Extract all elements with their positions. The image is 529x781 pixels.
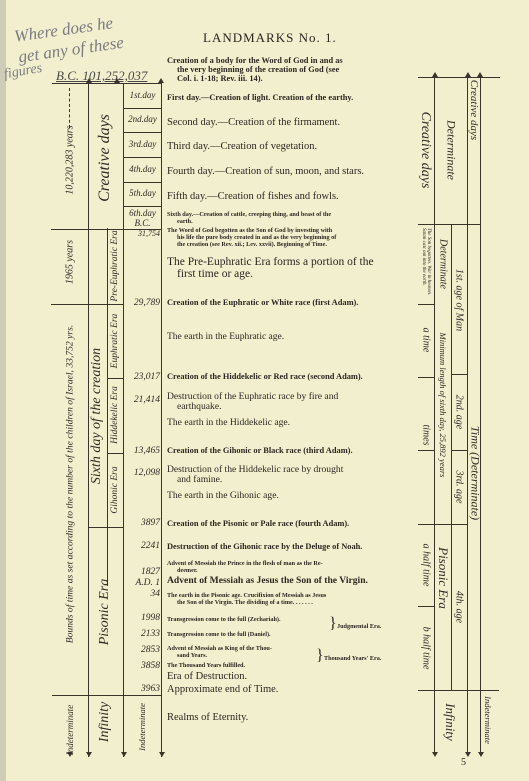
date-value: 2241 [124,541,160,551]
entry-line: Col. i. 1-18; Rev. iii. 14). [167,74,417,83]
determinate-top-label: Determinate [444,120,459,180]
arrow-down-icon [478,752,484,757]
right-rule [451,374,468,375]
date-value: 3963 [124,684,160,694]
date-value: 31,754 [124,229,160,238]
arrow-up-icon [465,72,471,77]
right-rule [418,224,481,225]
age-1-label: 1st. age of Man [454,269,465,331]
entry-line: Creation of a body for the Word of God i… [167,56,417,65]
date-value: 2853 [124,645,160,655]
chart-top-rule [52,83,162,84]
outer-indeterminate-label: Indeterminate [65,705,75,755]
brace-icon: } [316,648,324,664]
date-value: 1827 [124,567,160,577]
entry-destruction-euphratic: Destruction of the Euphratic race by fir… [167,392,338,412]
entry-zechariah: Transgression come to the full (Zecharia… [167,616,281,623]
day-box-rule [123,206,161,207]
right-indeterminate-label: Indeterminate [483,696,493,744]
entry-line: the Son of the Virgin. The dividing of a… [167,599,326,606]
right-chart-top-rule [418,77,500,78]
right-rule [451,450,468,451]
entry-line: sand Years. [167,652,272,659]
dashed-span [69,88,70,128]
page-edge-shadow [0,0,6,781]
day-box-rule [123,132,161,133]
pre-euphratic-end-rule [51,304,89,305]
pre-euphratic-era-label: Pre-Euphratic Era [110,230,120,301]
right-infinity-label: Infinity [442,703,458,741]
arrow-up-icon [158,78,164,83]
entry-day-4: Fourth day.—Creation of sun, moon, and s… [167,167,364,177]
era-rule [88,304,124,305]
entry-pre-euphratic: The Pre-Euphratic Era forms a portion of… [167,256,374,280]
right-creative-days-outer-label: Creative days [468,80,480,140]
b-half-time-label: b half time [421,627,432,670]
entry-gihonic-age: The earth in the Gihonic age. [167,491,279,501]
a-time-label: a time [421,328,432,353]
era-column-divider [107,228,108,586]
entry-line: The Pre-Euphratic Era forms a portion of… [167,256,374,268]
entry-hiddekelic-age: The earth in the Hiddekelic age. [167,418,290,428]
pisonic-era-label: Pisonic Era [97,579,113,646]
right-rule [418,606,435,607]
end-of-time-rule [52,695,162,696]
entry-king: Advent of Messiah as King of the Thou- s… [167,645,272,659]
judgmental-era-label: Judgmental Era. [337,623,381,630]
bounds-of-time-label: Bounds of time as set according to the n… [65,325,76,644]
a-half-time-label: a half time [421,544,432,587]
entry-day-5: Fifth day.—Creation of fishes and fowls. [167,192,339,202]
right-col-divider [467,78,468,754]
right-rule [418,524,468,525]
entry-line: Sixth day.—Creation of cattle, creeping … [167,211,417,218]
date-value: 1998 [124,613,160,623]
date-indeterminate-label: Indeterminate [137,703,147,751]
entry-word-body: Creation of a body for the Word of God i… [167,56,417,83]
arrow-up-icon [432,72,438,77]
page-title: LANDMARKS No. 1. [203,30,337,46]
entry-day-1: First day.—Creation of light. Creation o… [167,93,353,102]
entry-day-2: Second day.—Creation of the firmament. [167,118,340,128]
date-value: 23,017 [124,372,160,382]
creative-span-label: 10,220,283 years [65,125,76,194]
entry-jesus: Advent of Messiah as Jesus the Son of th… [167,576,368,586]
ad-label: A.D. 1 [124,578,160,588]
entry-day-6: Sixth day.—Creation of cattle, creeping … [167,211,417,225]
entry-day-3: Third day.—Creation of vegetation. [167,142,317,152]
gihonic-era-label: Gihonic Era [110,466,120,513]
arrow-down-icon [159,752,165,757]
day-label: 3rd.day [124,139,161,149]
right-col-divider [434,78,435,754]
date-value: 29,789 [124,298,160,308]
entry-line: the creation (see Rev. xii.; Lev. xxvii)… [167,241,417,248]
era-rule [107,378,124,379]
entry-line: earth. [167,218,417,225]
era-rule [107,453,124,454]
right-rule [418,304,435,305]
entry-red-race: Creation of the Hiddekelic or Red race (… [167,372,363,381]
right-creative-days-label: Creative days [417,112,433,189]
arrow-down-icon [86,752,92,757]
handwritten-note-line-3: figures [3,61,44,83]
pre-euphratic-span-label: 1965 years [65,240,76,284]
day-label: 5th.day [124,188,161,198]
infinity-label: Infinity [97,702,113,742]
age-4-label: 4th. age [454,591,465,623]
entry-line: and famine. [167,475,343,485]
entry-line: Advent of Messiah as King of the Thou- [167,645,272,652]
entry-line: The Word of God begotten as the Son of G… [167,227,417,234]
minimum-sixth-day-label: Minimum length of sixth day, 25,892 year… [438,333,448,478]
date-value: 3897 [124,518,160,528]
entry-pisonic-age: The earth in the Pisonic age. Crucifixio… [167,592,326,606]
determinate-label: Determinate [438,239,449,289]
son-begotten-note: The Son begotten. War in heaven. Satan c… [421,228,431,298]
era-rule [88,527,124,528]
entry-line: the very beginning of the creation of Go… [167,65,417,74]
entry-pale-race: Creation of the Pisonic or Pale race (fo… [167,519,349,528]
page-number: 5 [461,757,466,768]
entry-eternity: Realms of Eternity. [167,712,248,724]
column-divider [161,84,162,757]
right-pisonic-era-label: Pisonic Era [435,547,451,609]
entry-line: Advent of Messiah the Prince in the fles… [167,560,323,567]
entry-line: earthquake. [167,402,338,412]
day-label: 6th.day [124,208,161,218]
sixth-day-label: Sixth day of the creation [89,348,105,484]
entry-black-race: Creation of the Gihonic or Black race (t… [167,446,353,455]
entry-line: his life the pure body created in and as… [167,234,417,241]
arrow-up-icon [86,78,92,83]
entry-deluge: Destruction of the Gihonic race by the D… [167,542,362,551]
entry-white-race: Creation of the Euphratic or White race … [167,298,358,307]
date-value: 12,098 [124,468,160,478]
right-rule [418,450,435,451]
age-2-label: 2nd. age [454,395,465,429]
day-label: 1st.day [124,90,161,100]
start-date-label: B.C. 101,252,037 [56,68,147,84]
arrow-down-icon [121,752,127,757]
date-value: 21,414 [124,395,160,405]
date-value: 34 [124,589,160,599]
creative-days-label: Creative days [96,114,114,202]
arrow-up-icon [114,78,120,83]
day-box-rule [123,108,161,109]
entry-word-begotten: The Word of God begotten as the Son of G… [167,227,417,248]
entry-messiah-prince: Advent of Messiah the Prince in the fles… [167,560,323,574]
right-rule [418,690,499,691]
arrow-down-icon [432,752,438,757]
euphratic-era-label: Euphratic Era [110,314,120,369]
day-box-rule [123,157,161,158]
age-3-label: 3rd. age [454,471,465,504]
arrow-up-icon [477,72,483,77]
hiddekelic-era-label: Hiddekelic Era [110,386,120,444]
day-label: 4th.day [124,164,161,174]
day-label: 2nd.day [124,114,161,124]
entry-destruction-hiddekelic: Destruction of the Hiddekelic race by dr… [167,465,343,485]
date-value: 2133 [124,629,160,639]
times-label: times [421,424,432,445]
entry-euphratic-age: The earth in the Euphratic age. [167,333,284,342]
bc-label: B.C. [124,218,161,228]
right-rule [418,377,435,378]
entry-end-of-time: Approximate end of Time. [167,684,278,696]
entry-daniel: Transgression come to the full (Daniel). [167,631,271,638]
day-box-rule [123,182,161,183]
column-divider [123,84,124,757]
brace-icon: } [329,616,337,632]
right-col-divider [480,78,481,754]
time-determinate-label: Time (Determinate) [468,426,483,520]
date-value: 13,465 [124,446,160,456]
entry-era-destruction: Era of Destruction. [167,671,247,683]
right-col-divider [451,224,452,690]
entry-line: first time or age. [167,268,374,280]
entry-line: The earth in the Pisonic age. Crucifixio… [167,592,326,599]
entry-line: deemer. [167,567,323,574]
thousand-years-era-label: Thousand Years' Era. [324,655,381,662]
entry-thousand-fulfilled: The Thousand Years fulfilled. [167,662,245,669]
date-value: 3858 [124,661,160,671]
